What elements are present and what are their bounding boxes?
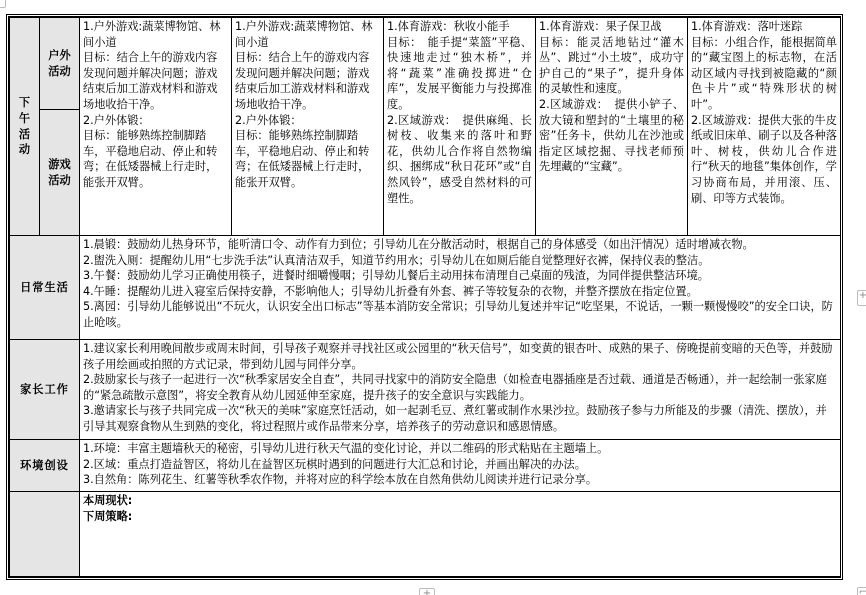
cell-line: 目标：结合上午的游戏内容发现问题并解决问题；游戏结束后加工游戏材料和游戏场地收拾… <box>83 50 228 112</box>
afternoon-activity-label: 下 午 活 动 <box>10 18 40 236</box>
document-page: 下 午 活 动 户外活动 1.户外游戏:蔬菜博物馆、林间小道 目标：结合上午的游… <box>0 0 866 595</box>
reflection-content[interactable]: 本周现状: 下周策略: <box>80 492 841 577</box>
parent-work-content[interactable]: 1.建议家长利用晚间散步或周末时间，引导孩子观察并寻找社区或公园里的“秋天信号”… <box>80 340 841 440</box>
environment-item: 3.自然角：陈列花生、红薯等秋季农作物，并将对应的科学绘本放在自然角供幼儿阅读并… <box>83 472 837 488</box>
table-resize-handle[interactable]: ⌐ <box>857 587 866 595</box>
afternoon-outdoor-row: 下 午 活 动 户外活动 1.户外游戏:蔬菜博物馆、林间小道 目标：结合上午的游… <box>10 18 841 110</box>
parent-work-label: 家长工作 <box>10 340 80 440</box>
cell-line: 目标：结合上午的游戏内容发现问题并解决问题；游戏结束后加工游戏材料和游戏场地收拾… <box>235 50 380 112</box>
cell-line: 1.户外游戏:蔬菜博物馆、林间小道 <box>83 19 228 50</box>
weekly-plan-table: 下 午 活 动 户外活动 1.户外游戏:蔬菜博物馆、林间小道 目标：结合上午的游… <box>9 17 841 577</box>
cell-line: 目标： 能手提“菜篮”平稳、快速地走过“独木桥”，并将“蔬菜”准确投掷进“仓库”… <box>387 35 532 113</box>
plus-icon: + <box>859 290 866 301</box>
day-cell-1[interactable]: 1.户外游戏:蔬菜博物馆、林间小道 目标：结合上午的游戏内容发现问题并解决问题；… <box>80 18 232 236</box>
environment-content[interactable]: 1.环境：丰富主题墙秋天的秘密，引导幼儿进行秋天气温的变化讨论，并以二维码的形式… <box>80 440 841 492</box>
daily-life-label: 日常生活 <box>10 236 80 340</box>
weekly-plan-table-frame: 下 午 活 动 户外活动 1.户外游戏:蔬菜博物馆、林间小道 目标：结合上午的游… <box>6 14 843 580</box>
reflection-label <box>10 492 80 577</box>
label-char: 午 <box>13 111 36 127</box>
add-column-handle[interactable]: + <box>857 290 866 306</box>
top-left-corner-handle[interactable] <box>0 0 6 8</box>
daily-life-item: 2.盥洗入厕：提醒幼儿用“七步洗手法”认真清洁双手，知道节约用水；引导幼儿在如厕… <box>83 253 837 269</box>
this-week-status-label: 本周现状: <box>83 493 837 509</box>
daily-life-content[interactable]: 1.晨锻：鼓励幼儿热身环节，能听清口令、动作有力到位；引导幼儿在分散活动时，根据… <box>80 236 841 340</box>
environment-row: 环境创设 1.环境：丰富主题墙秋天的秘密，引导幼儿进行秋天气温的变化讨论，并以二… <box>10 440 841 492</box>
label-char: 下 <box>13 95 36 111</box>
parent-work-item: 2.鼓励家长与孩子一起进行一次“秋季家居安全自查”，共同寻找家中的消防安全隐患（… <box>83 372 837 403</box>
outdoor-activity-label: 户外活动 <box>40 18 80 110</box>
day-cell-2[interactable]: 1.户外游戏:蔬菜博物馆、林间小道 目标：结合上午的游戏内容发现问题并解决问题；… <box>232 18 384 236</box>
cell-line: 1.户外游戏:蔬菜博物馆、林间小道 <box>235 19 380 50</box>
parent-work-item: 1.建议家长利用晚间散步或周末时间，引导孩子观察并寻找社区或公园里的“秋天信号”… <box>83 341 837 372</box>
cell-line: 2.区域游戏： 提供小铲子、放大镜和塑封的“土壤里的秘密”任务卡，供幼儿在沙池或… <box>539 97 684 175</box>
cell-line: 1.体育游戏：秋收小能手 <box>387 19 532 35</box>
resize-icon: ⌐ <box>859 587 866 595</box>
environment-label: 环境创设 <box>10 440 80 492</box>
parent-work-row: 家长工作 1.建议家长利用晚间散步或周末时间，引导孩子观察并寻找社区或公园里的“… <box>10 340 841 440</box>
label-char: 动 <box>13 142 36 158</box>
next-week-strategy-label: 下周策略: <box>83 509 837 525</box>
add-row-handle[interactable]: + <box>419 588 435 595</box>
cell-line: 目标：能够熟练控制脚踏车，平稳地启动、停止和转弯；在低矮器械上行走时，能张开双臂… <box>83 128 228 190</box>
parent-work-item: 3.邀请家长与孩子共同完成一次“秋天的美味”家庭烹饪活动，如一起剥毛豆、煮红薯或… <box>83 403 837 434</box>
environment-item: 1.环境：丰富主题墙秋天的秘密，引导幼儿进行秋天气温的变化讨论，并以二维码的形式… <box>83 441 837 457</box>
cell-line: 2.区域游戏： 提供麻绳、长树枝、收集来的落叶和野花，供幼儿合作将自然物编织、捆… <box>387 113 532 207</box>
daily-life-item: 1.晨锻：鼓励幼儿热身环节，能听清口令、动作有力到位；引导幼儿在分散活动时，根据… <box>83 237 837 253</box>
daily-life-row: 日常生活 1.晨锻：鼓励幼儿热身环节，能听清口令、动作有力到位；引导幼儿在分散活… <box>10 236 841 340</box>
cell-line: 1.体育游戏：果子保卫战 <box>539 19 684 35</box>
daily-life-item: 4.午睡：提醒幼儿进入寝室后保持安静，不影响他人；引导幼儿折叠有外套、裤子等较复… <box>83 284 837 300</box>
cell-line: 目标：能灵活地钻过“灌木丛”、跳过“小土坡”，成功守护自己的“果子”，提升身体的… <box>539 35 684 97</box>
day-cell-5[interactable]: 1.体育游戏：落叶迷踪 目标：小组合作，能根据简单的“藏宝图上的标志物，在活动区… <box>688 18 841 236</box>
environment-item: 2.区域：重点打造益智区，将幼儿在益智区玩棋时遇到的问题进行大汇总和讨论，并画出… <box>83 457 837 473</box>
game-activity-label: 游戏活动 <box>40 110 80 236</box>
day-cell-3[interactable]: 1.体育游戏：秋收小能手 目标： 能手提“菜篮”平稳、快速地走过“独木桥”，并将… <box>384 18 536 236</box>
reflection-row: 本周现状: 下周策略: <box>10 492 841 577</box>
cell-line: 目标：能够熟练控制脚踏车，平稳地启动、停止和转弯；在低矮器械上行走时，能张开双臂… <box>235 128 380 190</box>
cell-line: 2.区域游戏：提供大张的牛皮纸或旧床单、刷子以及各种落叶、树枝，供幼儿合作进行“… <box>691 113 837 207</box>
cell-line: 1.体育游戏：落叶迷踪 <box>691 19 837 35</box>
daily-life-item: 5.离园：引导幼儿能够说出“不玩火，认识安全出口标志”等基本消防安全常识；引导幼… <box>83 299 837 330</box>
day-cell-4[interactable]: 1.体育游戏：果子保卫战 目标：能灵活地钻过“灌木丛”、跳过“小土坡”，成功守护… <box>536 18 688 236</box>
label-char: 活 <box>13 127 36 143</box>
daily-life-item: 3.午餐：鼓励幼儿学习正确使用筷子，进餐时细嚼慢咽；引导幼儿餐后主动用抹布清理自… <box>83 268 837 284</box>
cell-line: 2.户外体锻： <box>235 113 380 129</box>
cell-line: 目标：小组合作，能根据简单的“藏宝图上的标志物，在活动区域内寻找到被隐藏的“颜色… <box>691 35 837 113</box>
cell-line: 2.户外体锻： <box>83 113 228 129</box>
plus-icon: + <box>423 588 431 595</box>
